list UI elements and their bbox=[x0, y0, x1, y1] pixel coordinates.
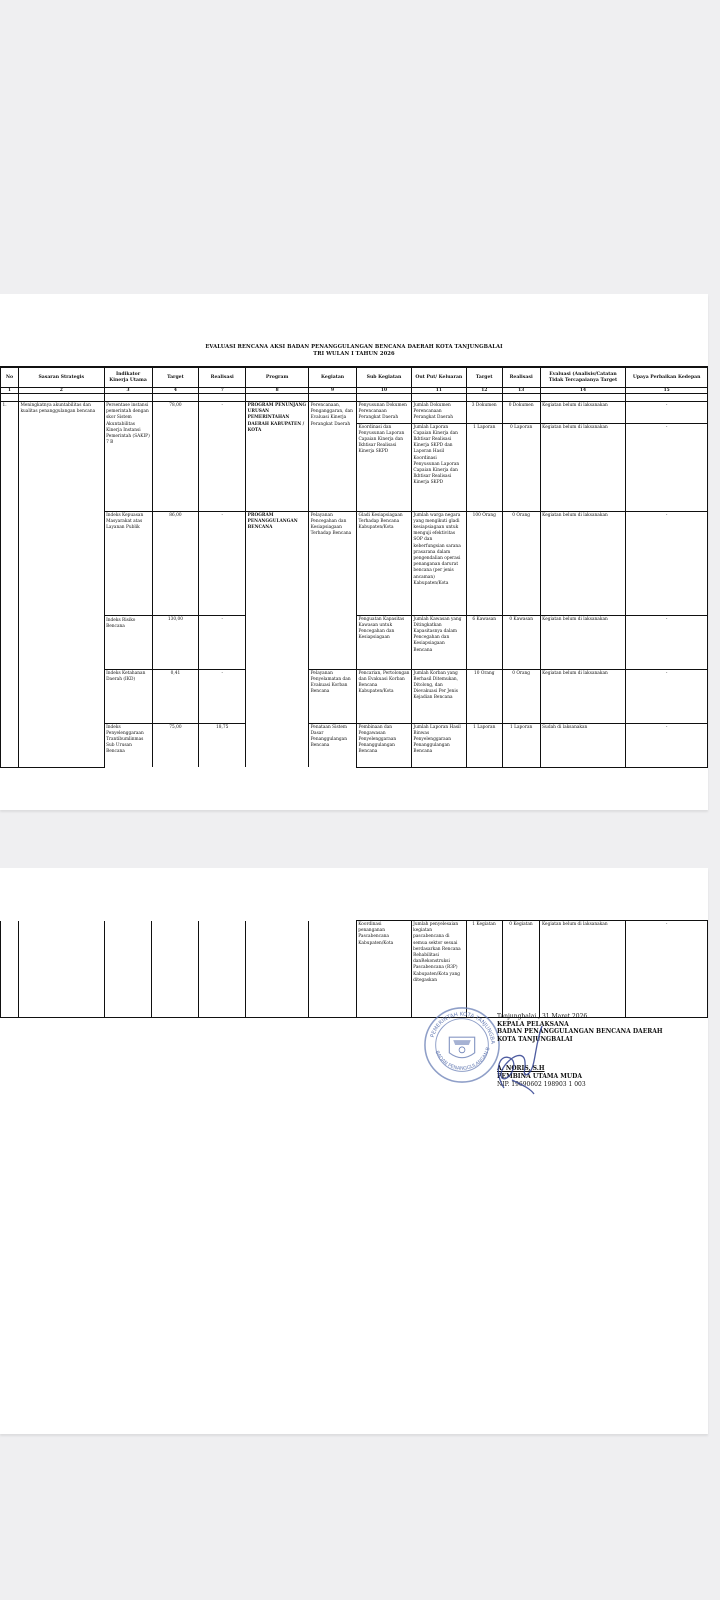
indikator-realisasi: - bbox=[199, 511, 246, 615]
output: Jumlah warga negara yang mengikuti gladi… bbox=[411, 511, 466, 615]
sub-target: 1 Laporan bbox=[466, 723, 502, 767]
title-line-2: TRI WULAN I TAHUN 2026 bbox=[0, 351, 708, 358]
evaluasi: Kegiatan belum di laksanakan bbox=[540, 921, 626, 1018]
table-row: Indeks Kepuasan Masyarakat atas Layanan … bbox=[1, 511, 708, 615]
output: Jumlah Laporan Capaian Kinerja dan Ikhti… bbox=[411, 423, 466, 511]
header-row: No Sasaran Strategis Indikator Kinerja U… bbox=[1, 367, 708, 388]
sub-kegiatan: Pencarian, Pertolongan dan Evakuasi Korb… bbox=[357, 669, 412, 723]
header-target-2: Target bbox=[466, 367, 502, 388]
document-page-1: EVALUASI RENCANA AKSI BADAN PENANGGULANG… bbox=[0, 294, 708, 810]
kegiatan: Perencanaan, Penganggaran, dan Evaluasi … bbox=[309, 402, 357, 512]
indikator-target: 75,00 bbox=[152, 723, 199, 767]
evaluasi: Kegiatan belum di laksanakan bbox=[540, 669, 626, 723]
table-row: Koordinasi penanganan Pascabencana Kabup… bbox=[1, 921, 708, 1018]
sub-kegiatan: Koordinasi penanganan Pascabencana Kabup… bbox=[356, 921, 411, 1018]
evaluation-table-continued: Koordinasi penanganan Pascabencana Kabup… bbox=[0, 920, 708, 1018]
program: PROGRAM PENUNJANG URUSAN PEMERINTAHAN DA… bbox=[246, 402, 309, 512]
evaluasi: Kegiatan belum di laksanakan bbox=[540, 615, 626, 669]
program: PROGRAM PENANGGULANGAN BENCANA bbox=[246, 511, 309, 767]
evaluasi: Kegiatan belum di laksanakan bbox=[540, 402, 626, 424]
evaluasi: Kegiatan belum di laksanakan bbox=[540, 423, 626, 511]
header-program: Program bbox=[246, 367, 309, 388]
header-sasaran: Sasaran Strategis bbox=[18, 367, 104, 388]
upaya: - bbox=[626, 615, 708, 669]
kegiatan: Pelayanan Penyelamatan dan Evakuasi Korb… bbox=[309, 669, 357, 723]
row-no: 1. bbox=[1, 402, 19, 768]
indikator-target: 130,00 bbox=[152, 615, 199, 669]
sub-kegiatan: Gladi Kesiapsiagaan Terhadap Bencana Kab… bbox=[357, 511, 412, 615]
indikator-target: 86,00 bbox=[152, 511, 199, 615]
evaluasi: Kegiatan belum di laksanakan bbox=[540, 511, 626, 615]
sub-realisasi: 0 Kawasan bbox=[502, 615, 540, 669]
table-row: Indeks Ketahanan Daerah (IKD) 0,41 - Pel… bbox=[1, 669, 708, 723]
sub-kegiatan: Penyusunan Dokumen Perencanaan Perangkat… bbox=[357, 402, 412, 424]
sub-kegiatan: Pembinaan dan Pengawasan Penyelenggaraan… bbox=[357, 723, 412, 767]
indikator-realisasi: - bbox=[199, 402, 246, 512]
kegiatan-cont bbox=[308, 921, 356, 1018]
sub-target: 1 Kegiatan bbox=[466, 921, 502, 1018]
header-realisasi-2: Realisasi bbox=[502, 367, 540, 388]
indikator-realisasi: - bbox=[199, 615, 246, 669]
header-evaluasi: Evaluasi (Analisis/Catatan Tidak Tercapa… bbox=[540, 367, 626, 388]
indikator: Indeks Penyelenggaraan Trantibumlinmas S… bbox=[104, 723, 152, 767]
kegiatan: Pelayanan Pencegahan dan Kesiapsiagaan T… bbox=[309, 511, 357, 669]
evaluasi: Sudah di laksanakan bbox=[540, 723, 626, 767]
sub-target: 3 Dokumen bbox=[466, 402, 502, 424]
header-indikator: Indikator Kinerja Utama bbox=[104, 367, 152, 388]
sub-kegiatan: Koordinasi dan Penyusunan Laporan Capaia… bbox=[357, 423, 412, 511]
table-row: Indeks Penyelenggaraan Trantibumlinmas S… bbox=[1, 723, 708, 767]
sub-target: 100 Orang bbox=[466, 511, 502, 615]
upaya: - bbox=[626, 669, 708, 723]
handwritten-signature-icon bbox=[490, 1018, 550, 1098]
output: Jumlah Dokumen Perencanaan Perangkat Dae… bbox=[411, 402, 466, 424]
realisasi-cont bbox=[199, 921, 246, 1018]
indikator-target: 78,00 bbox=[152, 402, 199, 512]
program-cont bbox=[246, 921, 309, 1018]
output: Jumlah Kawasan yang Ditingkatkan Kapasit… bbox=[411, 615, 466, 669]
upaya: - bbox=[626, 511, 708, 615]
sub-realisasi: 0 Kegiatan bbox=[502, 921, 540, 1018]
sub-target: 1 Laporan bbox=[466, 423, 502, 511]
output: Jumlah Laporan Hasil Binwas Penyelenggar… bbox=[411, 723, 466, 767]
header-output: Out Put/ Keluaran bbox=[411, 367, 466, 388]
indikator: Indeks Risiko Bencana bbox=[104, 615, 152, 669]
header-realisasi: Realisasi bbox=[199, 367, 246, 388]
indikator-cont bbox=[104, 921, 152, 1018]
indikator-realisasi: - bbox=[199, 669, 246, 723]
sub-realisasi: 0 Laporan bbox=[502, 423, 540, 511]
upaya: - bbox=[626, 402, 708, 424]
header-kegiatan: Kegiatan bbox=[309, 367, 357, 388]
svg-text:PEMERINTAH KOTA TANJUNGBALAI: PEMERINTAH KOTA TANJUNGBALAI bbox=[423, 1006, 495, 1045]
row-no-cont bbox=[1, 921, 19, 1018]
stamp-text-top: PEMERINTAH KOTA TANJUNGBALAI bbox=[423, 1006, 495, 1045]
document-title: EVALUASI RENCANA AKSI BADAN PENANGGULANG… bbox=[0, 344, 708, 358]
sub-target: 6 Kawasan bbox=[466, 615, 502, 669]
sasaran-strategis: Meningkatnya akuntabilitas dan kualitas … bbox=[18, 402, 104, 768]
sasaran-cont bbox=[18, 921, 104, 1018]
target-cont bbox=[152, 921, 199, 1018]
indikator: Persentase instansi pemerintah dengan sk… bbox=[104, 402, 152, 512]
document-page-2: Koordinasi penanganan Pascabencana Kabup… bbox=[0, 868, 708, 1434]
indikator-realisasi: 18,75 bbox=[199, 723, 246, 767]
indikator: Indeks Ketahanan Daerah (IKD) bbox=[104, 669, 152, 723]
header-sub-kegiatan: Sub Kegiatan bbox=[357, 367, 412, 388]
header-upaya: Upaya Perbaikan Kedepan bbox=[626, 367, 708, 388]
title-line-1: EVALUASI RENCANA AKSI BADAN PENANGGULANG… bbox=[0, 344, 708, 351]
indikator: Indeks Kepuasan Masyarakat atas Layanan … bbox=[104, 511, 152, 615]
sub-realisasi: 1 Laporan bbox=[502, 723, 540, 767]
header-no: No bbox=[1, 367, 19, 388]
upaya: - bbox=[626, 921, 708, 1018]
output: Jumlah Korban yang Berhasil Ditemukan, D… bbox=[411, 669, 466, 723]
header-target: Target bbox=[152, 367, 199, 388]
indikator-target: 0,41 bbox=[152, 669, 199, 723]
output: Jumlah penyelesaian kegiatan pascabencan… bbox=[411, 921, 466, 1018]
sub-kegiatan: Penguatan Kapasitas Kawasan untuk Penceg… bbox=[357, 615, 412, 669]
upaya: - bbox=[626, 423, 708, 511]
table-row: 1. Meningkatnya akuntabilitas dan kualit… bbox=[1, 402, 708, 424]
sub-target: 10 Orang bbox=[466, 669, 502, 723]
sub-realisasi: 0 Dokumen bbox=[502, 402, 540, 424]
sub-realisasi: 0 Orang bbox=[502, 511, 540, 615]
kegiatan: Penataan Sistem Dasar Penanggulangan Ben… bbox=[309, 723, 357, 767]
upaya: - bbox=[626, 723, 708, 767]
sub-realisasi: 0 Orang bbox=[502, 669, 540, 723]
evaluation-table: No Sasaran Strategis Indikator Kinerja U… bbox=[0, 366, 708, 768]
spacer-row bbox=[1, 394, 708, 402]
